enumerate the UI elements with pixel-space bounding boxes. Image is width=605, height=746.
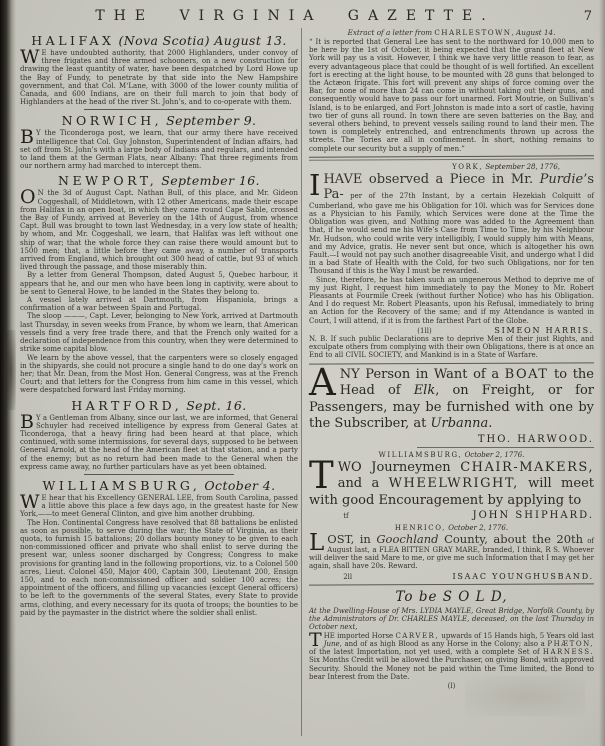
article-body: BY the Ticonderoga post, we learn, that … [20,129,298,170]
insertion-mark: tf [343,512,348,520]
article-heading: NORWICH, September 9. [20,113,298,128]
italic-place: Goochland [376,532,438,546]
insertion-mark: 2ll [343,573,352,581]
drop-cap: W [20,494,42,509]
ad-heading: HENRICO, October 2, 1776. [309,524,594,532]
heading-date: October 2, 1776. [448,524,508,532]
spaced-caps: CARVER, [395,632,439,640]
letter-intro: Extract of a letter from CHARLESTOWN, Au… [309,28,594,37]
article-body: BY a Gentleman from Albany, since our la… [20,414,298,471]
signature-row: 2llISAAC YOUNGHUSBAND. [309,572,594,581]
article-paragraph: By a letter from General Thompson, dated… [20,271,298,296]
spaced-caps: PHÆTON, [547,640,594,648]
article-williamsburg-oct4: WILLIAMSBURG, October 4. WE hear that hi… [20,478,298,617]
heading-date: October 2, 1776. [465,451,525,459]
heading-place: HENRICO, [395,524,446,532]
ad-body: TWO Journeymen CHAIR-MAKERS, and a WHEEL… [309,460,594,510]
drop-cap: B [20,129,36,144]
article-paragraph: The Hon. Continental Congress have resol… [20,519,298,617]
signature-row: THO. HARWOOD. [309,434,594,445]
ad-to-be-sold: To be S O L D, At the Dwelling-House of … [309,589,594,690]
drop-cap: B [20,414,36,429]
ad-chairmakers: WILLIAMSBURG, October 2, 1776. TWO Journ… [309,451,594,522]
letter-body: “ It is reported that General Lee has se… [309,38,594,153]
spaced-caps: HARNESS. [543,648,594,656]
partial-rule [417,447,594,448]
drop-cap: W [20,49,42,64]
heading-date: September 9. [166,113,256,128]
ink-stain [6,330,16,410]
signature-name: THO. HARWOOD. [478,434,594,445]
sold-preamble: At the Dwelling-House of Mrs. LYDIA MAYL… [309,607,594,632]
spaced-caps: WHEELWRIGHT, [389,476,519,491]
sold-heading: To be S O L D, [309,589,594,605]
article-norwich: NORWICH, September 9. BY the Ticonderoga… [20,113,298,170]
heading-place: HALIFAX [31,33,114,48]
italic-place: Urbanna [431,416,489,431]
signature-name: JOHN SHIPHARD. [473,510,594,521]
column-divider-rule [301,28,302,736]
article-charlestown-letter: Extract of a letter from CHARLESTOWN, Au… [309,28,594,153]
signature-row: (1ll)SIMEON HARRIS. [309,326,594,335]
article-paragraph: We learn by the above vessel, that the c… [20,354,298,395]
article-halifax: HALIFAX (Nova Scotia) August 13. WE have… [20,33,298,106]
article-heading: HALIFAX (Nova Scotia) August 13. [20,33,298,48]
italic-place: Elk [414,383,436,398]
insertion-mark: (1ll) [417,327,431,335]
intro-place: CHARLESTOWN [434,28,511,37]
ad-boat: ANY Person in Want of a BOAT to the Head… [309,367,594,445]
italic-word: June [324,640,340,648]
page-number: 7 [584,9,592,24]
signature-row: tfJOHN SHIPHARD. [309,510,594,521]
heading-place: WILLIAMSBURG, [43,478,201,493]
ad-body: LOST, in Goochland County, about the 20t… [309,533,594,571]
left-column: HALIFAX (Nova Scotia) August 13. WE have… [20,30,298,617]
drop-cap: T [309,632,324,647]
newspaper-page: THE VIRGINIA GAZETTE. 7 HALIFAX (Nova Sc… [0,0,605,746]
spaced-caps: BOAT [505,367,549,382]
lead-line: OST, in Goochland County, about the 20th [327,532,583,546]
ad-body: ANY Person in Want of a BOAT to the Head… [309,367,594,433]
double-rule [309,155,594,160]
right-column: Extract of a letter from CHARLESTOWN, Au… [309,28,594,690]
article-newport: NEWPORT, September 16. ON the 3d of Augu… [20,173,298,394]
article-body: IHAVE observed a Piece in Mr. Purdie’s P… [309,172,594,276]
article-body: ON the 3d of August Capt. Nathan Bull, o… [20,189,298,271]
drop-cap: A [309,367,340,397]
heading-place: HARTFORD, [71,398,182,413]
heading-date: September 28, 1776, [485,163,560,171]
drop-cap: T [309,460,338,490]
heading-date: Sept. 16. [186,398,246,413]
section-rule [309,362,594,364]
section-rule [309,583,594,585]
masthead-title: THE VIRGINIA GAZETTE. [30,8,560,24]
article-heading: HARTFORD, Sept. 16. [20,398,298,413]
italic-name: Purdie [540,172,584,187]
nota-bene: N. B. If such public Declarations are to… [309,335,594,360]
article-heading: YORK, September 28, 1776, [309,163,594,171]
drop-cap: L [309,533,327,552]
heading-place: YORK, [452,163,483,171]
article-heading: NEWPORT, September 16. [20,173,298,188]
article-paragraph: Since, therefore, he has taken such an u… [309,276,594,325]
article-body: WE hear that his Excellency GENERAL LEE,… [20,494,298,519]
section-rule [84,474,234,475]
drop-cap: I [309,172,323,197]
heading-place: NORWICH, [62,113,163,128]
signature-name: SIMEON HARRIS. [494,326,594,335]
article-york-letter: YORK, September 28, 1776, IHAVE observed… [309,163,594,360]
end-mark: (l) [309,682,594,690]
page-edge-shadow [599,0,605,746]
article-hartford: HARTFORD, Sept. 16. BY a Gentleman from … [20,398,298,471]
drop-cap: O [20,189,38,204]
article-heading: WILLIAMSBURG, October 4. [20,478,298,493]
heading-place: WILLIAMSBURG, [379,451,463,459]
ad-lost-mare: HENRICO, October 2, 1776. LOST, in Gooch… [309,524,594,581]
section-rule [84,109,234,110]
heading-date: (Nova Scotia) August 13. [118,33,286,48]
heading-date: October 4. [204,478,275,493]
ad-body: THE imported Horse CARVER, upwards of 15… [309,632,594,681]
article-paragraph: A vessel lately arrived at Dartmouth, fr… [20,296,298,312]
article-paragraph: The sloop ———, Capt. Lever, belonging to… [20,312,298,353]
ad-heading: WILLIAMSBURG, October 2, 1776. [309,451,594,459]
signature-name: ISAAC YOUNGHUSBAND. [452,572,594,581]
heading-date: September 16. [161,173,260,188]
article-body: WE have undoubted authority, that 2000 H… [20,49,298,106]
spaced-caps: CHAIR-MAKERS, [460,460,594,475]
heading-place: NEWPORT, [58,173,157,188]
